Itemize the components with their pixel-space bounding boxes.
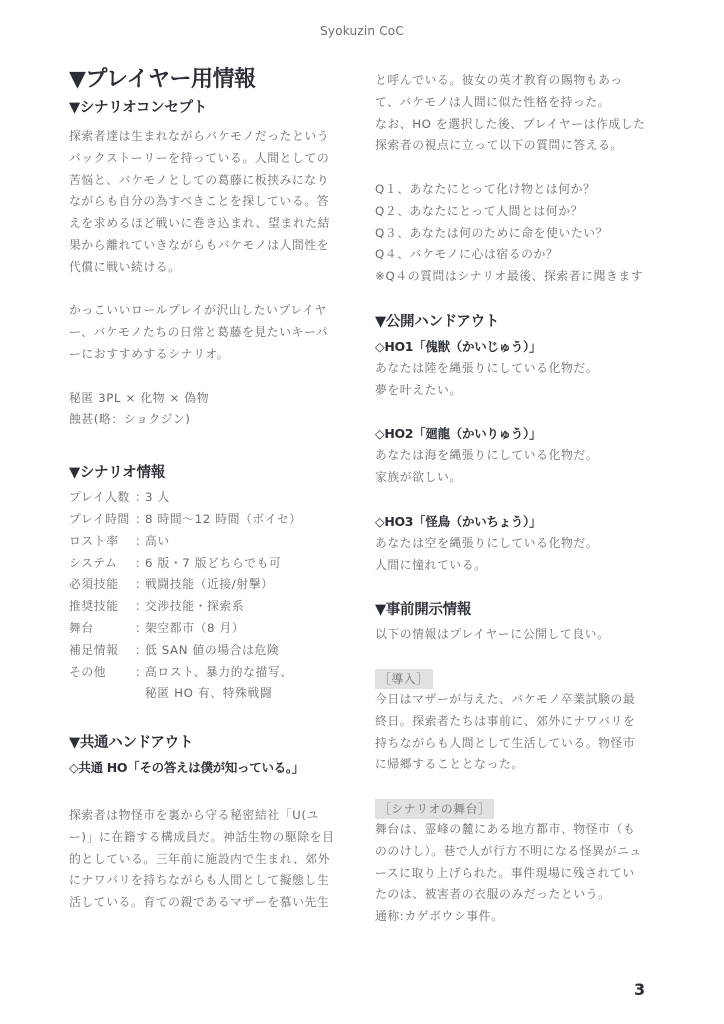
- text-line: 家族が欲しい。: [375, 467, 660, 489]
- info-row: 秘匿 HO 有、特殊戦闘: [69, 683, 344, 705]
- question-note: ※Q４の質問はシナリオ最後、探索者に聞きます: [375, 266, 660, 288]
- text-line: て、バケモノは人間に似た性格を持った。: [375, 92, 660, 114]
- info-key: 舞台: [69, 618, 135, 640]
- questions-list: Q１、あなたにとって化け物とは何か？ Q２、あなたにとって人間とは何か？ Q３、…: [375, 179, 660, 288]
- pre-info-intro: 以下の情報はプレイヤーに公開して良い。: [375, 624, 660, 646]
- info-value: 高い: [145, 531, 344, 553]
- text-line: 夢を叶えたい。: [375, 380, 660, 402]
- info-key: 推奨技能: [69, 596, 135, 618]
- scenario-info-table: プレイ人数：3 人 プレイ時間：8 時間〜12 時間（ボイセ） ロスト率：高い …: [69, 487, 344, 705]
- text-line: 代償に戦い続ける。: [69, 257, 344, 279]
- text-line: 探索者達は生まれながらバケモノだったという: [69, 126, 344, 148]
- info-row: プレイ人数：3 人: [69, 487, 344, 509]
- concept-paragraph: 探索者達は生まれながらバケモノだったという バックストーリーを持っている。人間と…: [69, 126, 344, 431]
- text-line: たのは、被害者の衣服のみだったという。: [375, 884, 660, 906]
- info-row: 必須技能：戦闘技能（近接/射撃）: [69, 574, 344, 596]
- question-item: Q４、バケモノに心は宿るのか？: [375, 244, 660, 266]
- info-row: システム：6 版・7 版どちらでも可: [69, 553, 344, 575]
- info-value: 低 SAN 値の場合は危険: [145, 640, 344, 662]
- text-line: 蝕甚(略：ショクジン): [69, 409, 344, 431]
- info-value: 戦闘技能（近接/射撃）: [145, 574, 344, 596]
- text-line: 通称:カゲボウシ事件。: [375, 906, 660, 928]
- text-line: 秘匿 3PL × 化物 × 偽物: [69, 388, 344, 410]
- text-line: ーにおすすめするシナリオ。: [69, 344, 344, 366]
- text-line: 人間に憧れている。: [375, 555, 660, 577]
- text-line: あなたは空を縄張りにしている化物だ。: [375, 533, 660, 555]
- common-handout-heading: ▼共通ハンドアウト: [69, 731, 344, 755]
- text-line: あなたは海を縄張りにしている化物だ。: [375, 445, 660, 467]
- text-line: 舞台は、霊峰の麓にある地方都市、物怪市（も: [375, 819, 660, 841]
- text-line: にナワバリを持ちながらも人間として擬態し生: [69, 870, 344, 892]
- info-row: 推奨技能：交渉技能・探索系: [69, 596, 344, 618]
- info-value: 秘匿 HO 有、特殊戦闘: [145, 683, 344, 705]
- info-key: 補足情報: [69, 640, 135, 662]
- text-line: かっこいいロールプレイが沢山したいプレイヤ: [69, 300, 344, 322]
- text-line: 探索者の視点に立って以下の質問に答える。: [375, 135, 660, 157]
- handout-ho1: ◇HO1「傀獣（かいじゅう）」 あなたは陸を縄張りにしている化物だ。 夢を叶えた…: [375, 336, 660, 402]
- text-line: なお、HO を選択した後、プレイヤーは作成した: [375, 114, 660, 136]
- left-column: ▼プレイヤー用情報 ▼シナリオコンセプト 探索者達は生まれながらバケモノだったと…: [69, 64, 344, 914]
- info-value: 8 時間〜12 時間（ボイセ）: [145, 509, 344, 531]
- text-line: ー、バケモノたちの日常と葛藤を見たいキーパ: [69, 322, 344, 344]
- info-value: 架空都市（8 月）: [145, 618, 344, 640]
- text-line: バックストーリーを持っている。人間としての: [69, 148, 344, 170]
- text-line: 今日はマザーが与えた、バケモノ卒業試験の最: [375, 689, 660, 711]
- page-title: ▼プレイヤー用情報: [69, 64, 344, 96]
- text-line: 終日。探索者たちは事前に、郊外にナワバリを: [375, 711, 660, 733]
- text-line: に帰郷することとなった。: [375, 754, 660, 776]
- public-handout-heading: ▼公開ハンドアウト: [375, 310, 660, 334]
- text-line: と呼んでいる。彼女の英才教育の賜物もあっ: [375, 70, 660, 92]
- info-value: 高ロスト、暴力的な描写、: [145, 662, 344, 684]
- info-row: その他：高ロスト、暴力的な描写、: [69, 662, 344, 684]
- question-item: Q２、あなたにとって人間とは何か？: [375, 201, 660, 223]
- section-tag: ［導入］: [375, 669, 433, 689]
- info-row: ロスト率：高い: [69, 531, 344, 553]
- scenario-info-heading: ▼シナリオ情報: [69, 461, 344, 485]
- text-line: 探索者は物怪市を裏から守る秘密結社「U(ユ: [69, 805, 344, 827]
- section-tag: ［シナリオの舞台］: [375, 799, 494, 819]
- handout-title: ◇HO1「傀獣（かいじゅう）」: [375, 336, 660, 358]
- handout-title: ◇HO3「怪鳥（かいちょう）」: [375, 511, 660, 533]
- info-key: [69, 683, 135, 705]
- right-column: と呼んでいる。彼女の英才教育の賜物もあっ て、バケモノは人間に似た性格を持った。…: [375, 70, 660, 928]
- text-line: 持ちながらも人間として生活している。物怪市: [375, 733, 660, 755]
- info-key: プレイ時間: [69, 509, 135, 531]
- pre-info-heading: ▼事前開示情報: [375, 598, 660, 622]
- text-line: ののけし）。巷で人が行方不明になる怪異がニュ: [375, 841, 660, 863]
- continued-paragraph: と呼んでいる。彼女の英才教育の賜物もあっ て、バケモノは人間に似た性格を持った。…: [375, 70, 660, 157]
- handout-ho3: ◇HO3「怪鳥（かいちょう）」 あなたは空を縄張りにしている化物だ。 人間に憧れ…: [375, 511, 660, 577]
- info-row: 舞台：架空都市（8 月）: [69, 618, 344, 640]
- info-row: 補足情報：低 SAN 値の場合は危険: [69, 640, 344, 662]
- info-key: プレイ人数: [69, 487, 135, 509]
- question-item: Q３、あなたは何のために命を使いたい？: [375, 223, 660, 245]
- info-value: 6 版・7 版どちらでも可: [145, 553, 344, 575]
- text-line: 苦悩と、バケモノとしての葛藤に板挟みになり: [69, 170, 344, 192]
- text-line: ースに取り上げられた。事件現場に残されてい: [375, 863, 660, 885]
- handout-ho2: ◇HO2「廻龍（かいりゅう）」 あなたは海を縄張りにしている化物だ。 家族が欲し…: [375, 423, 660, 489]
- info-key: システム: [69, 553, 135, 575]
- text-line: 果から離れていきながらもバケモノは人間性を: [69, 235, 344, 257]
- text-line: えを求めるほど戦いに巻き込まれ、望まれた結: [69, 213, 344, 235]
- running-header: Syokuzin CoC: [0, 24, 724, 38]
- info-key: その他: [69, 662, 135, 684]
- info-key: ロスト率: [69, 531, 135, 553]
- pre-info-section-intro: ［導入］ 今日はマザーが与えた、バケモノ卒業試験の最 終日。探索者たちは事前に、…: [375, 668, 660, 776]
- page-number: 3: [634, 980, 645, 999]
- text-line: ー)」に在籍する構成員だ。神話生物の駆除を目: [69, 827, 344, 849]
- text-line: 的としている。三年前に施設内で生まれ、郊外: [69, 849, 344, 871]
- info-row: プレイ時間：8 時間〜12 時間（ボイセ）: [69, 509, 344, 531]
- common-handout-paragraph: 探索者は物怪市を裏から守る秘密結社「U(ユ ー)」に在籍する構成員だ。神話生物の…: [69, 805, 344, 914]
- info-value: 3 人: [145, 487, 344, 509]
- text-line: 活している。育ての親であるマザーを慕い先生: [69, 892, 344, 914]
- text-line: ながらも自分の為すべきことを探している。答: [69, 191, 344, 213]
- question-item: Q１、あなたにとって化け物とは何か？: [375, 179, 660, 201]
- text-line: あなたは陸を縄張りにしている化物だ。: [375, 358, 660, 380]
- info-key: 必須技能: [69, 574, 135, 596]
- concept-heading: ▼シナリオコンセプト: [69, 96, 344, 120]
- common-handout-subheading: ◇共通 HO「その答えは僕が知っている。」: [69, 757, 344, 779]
- pre-info-section-stage: ［シナリオの舞台］ 舞台は、霊峰の麓にある地方都市、物怪市（も ののけし）。巷で…: [375, 798, 660, 928]
- info-value: 交渉技能・探索系: [145, 596, 344, 618]
- handout-title: ◇HO2「廻龍（かいりゅう）」: [375, 423, 660, 445]
